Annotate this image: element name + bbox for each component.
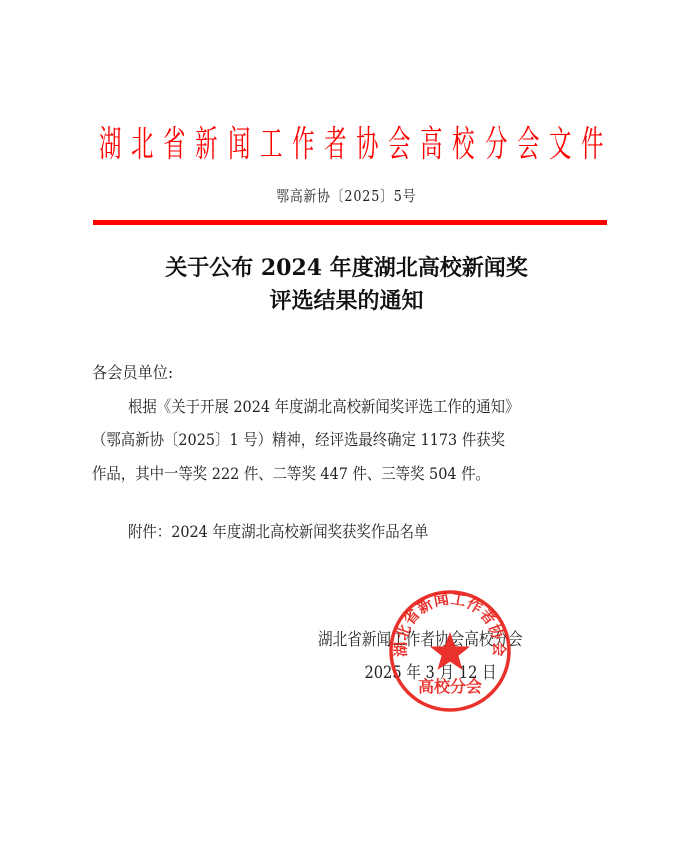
org-title-char: 校 — [452, 121, 472, 169]
notice-body: 各会员单位: 根据《关于开展 2024 年度湖北高校新闻奖评选工作的通知》 （鄂… — [92, 356, 612, 490]
document-page: 湖 北 省 新 闻 工 作 者 协 会 高 校 分 会 文 件 鄂高新协〔202… — [0, 0, 693, 846]
org-title-char: 北 — [131, 121, 151, 169]
attachment-note: 附件：2024 年度湖北高校新闻奖获奖作品名单 — [128, 519, 462, 542]
document-number: 鄂高新协〔2025〕5号 — [0, 185, 693, 206]
org-title-char: 件 — [581, 121, 601, 169]
document-number-text: 鄂高新协〔2025〕5号 — [276, 185, 416, 206]
paragraph-line-2-text: （鄂高新协〔2025〕1 号）精神，经评选最终确定 1173 件获奖 — [92, 423, 505, 457]
paragraph-line-1-text: 根据《关于开展 2024 年度湖北高校新闻奖评选工作的通知》 — [128, 390, 519, 424]
notice-title-line-2: 评选结果的通知 — [0, 285, 693, 318]
org-title-char: 高 — [420, 121, 440, 169]
org-title-char: 闻 — [228, 121, 248, 169]
paragraph-line-1: 根据《关于开展 2024 年度湖北高校新闻奖评选工作的通知》 — [92, 390, 612, 424]
org-title-char: 分 — [485, 121, 505, 169]
org-title-char: 湖 — [99, 121, 119, 169]
paragraph-line-3: 作品，其中一等奖 222 件、二等奖 447 件、三等奖 504 件。 — [92, 457, 612, 491]
red-divider-rule — [93, 220, 607, 225]
notice-title: 关于公布 2024 年度湖北高校新闻奖 评选结果的通知 — [0, 252, 693, 318]
org-title-char: 者 — [324, 121, 344, 169]
paragraph-line-2: （鄂高新协〔2025〕1 号）精神，经评选最终确定 1173 件获奖 — [92, 423, 612, 457]
org-title-char: 协 — [356, 121, 376, 169]
org-title-char: 会 — [388, 121, 408, 169]
signature-block: 湖北省新闻工作者协会高校分会 2025 年 3 月 12 日 — [318, 624, 598, 690]
signature-organization: 湖北省新闻工作者协会高校分会 — [318, 624, 559, 657]
org-title-char: 会 — [517, 121, 537, 169]
org-title-char: 新 — [195, 121, 215, 169]
notice-title-line-1: 关于公布 2024 年度湖北高校新闻奖 — [0, 252, 693, 285]
paragraph-line-3-text: 作品，其中一等奖 222 件、二等奖 447 件、三等奖 504 件。 — [92, 457, 490, 491]
attachment-text: 附件：2024 年度湖北高校新闻奖获奖作品名单 — [128, 519, 428, 542]
org-title-char: 文 — [549, 121, 569, 169]
org-title-char: 工 — [260, 121, 280, 169]
org-title-char: 省 — [163, 121, 183, 169]
salutation: 各会员单位: — [92, 356, 586, 390]
signature-date: 2025 年 3 月 12 日 — [318, 657, 559, 690]
org-title: 湖 北 省 新 闻 工 作 者 协 会 高 校 分 会 文 件 — [93, 120, 607, 170]
org-title-char: 作 — [292, 121, 312, 169]
